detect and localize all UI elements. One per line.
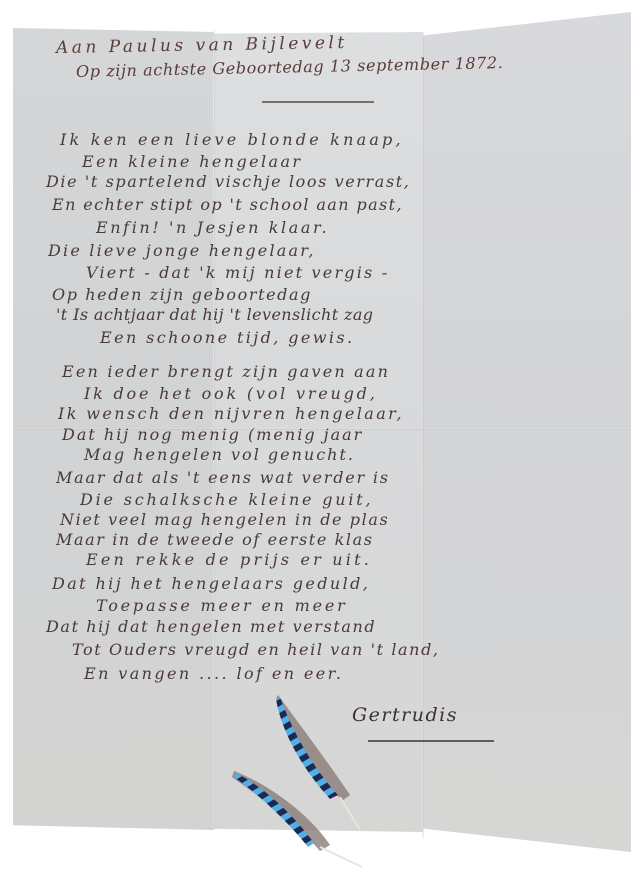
poem-line: Maar dat als 't eens wat verder is xyxy=(56,468,390,487)
poem-line: Tot Ouders vreugd en heil van 't land, xyxy=(72,640,440,659)
poem-line: Enfin! 'n Jesjen klaar. xyxy=(96,218,329,237)
jay-feather-icon xyxy=(220,685,380,870)
heading-underline xyxy=(262,101,374,103)
poem-line: Ik wensch den nijvren hengelaar, xyxy=(58,404,404,423)
poem-line: En echter stipt op 't school aan past, xyxy=(52,195,403,214)
poem-line: En vangen .... lof en eer. xyxy=(84,664,343,683)
poem-line: Een schoone tijd, gewis. xyxy=(100,328,354,347)
poem-line: Dat hij nog menig (menig jaar xyxy=(62,425,363,444)
poem-line: Maar in de tweede of eerste klas xyxy=(56,530,374,549)
poem-line: Die schalksche kleine guit, xyxy=(80,490,373,509)
poem-line: Toepasse meer en meer xyxy=(96,596,348,615)
poem-line: Ik ken een lieve blonde knaap, xyxy=(60,130,404,149)
poem-line: Een kleine hengelaar xyxy=(82,152,302,171)
poem-line: Die 't spartelend vischje loos verrast, xyxy=(46,172,410,191)
poem-line: Een rekke de prijs er uit. xyxy=(86,550,372,569)
poem-line: Dat hij het hengelaars geduld, xyxy=(52,574,370,593)
poem-line: 't Is achtjaar dat hij 't levenslicht za… xyxy=(56,305,373,324)
poem-line: Niet veel mag hengelen in de plas xyxy=(60,510,389,529)
poem-line: Een ieder brengt zijn gaven aan xyxy=(62,362,390,381)
poem-line: Dat hij dat hengelen met verstand xyxy=(46,617,376,636)
paper-panel-right xyxy=(422,12,631,852)
poem-line: Mag hengelen vol genucht. xyxy=(84,445,355,464)
letter-paper: Aan Paulus van Bijlevelt Op zijn achtste… xyxy=(0,0,640,872)
poem-line: Die lieve jonge hengelaar, xyxy=(48,241,316,260)
photo-of-letter: Aan Paulus van Bijlevelt Op zijn achtste… xyxy=(0,0,640,872)
signature-flourish xyxy=(368,740,494,742)
poem-line: Op heden zijn geboortedag xyxy=(52,285,312,304)
poem-line: Viert - dat 'k mij niet vergis - xyxy=(86,263,389,282)
poem-line: Ik doe het ook (vol vreugd, xyxy=(84,384,378,403)
